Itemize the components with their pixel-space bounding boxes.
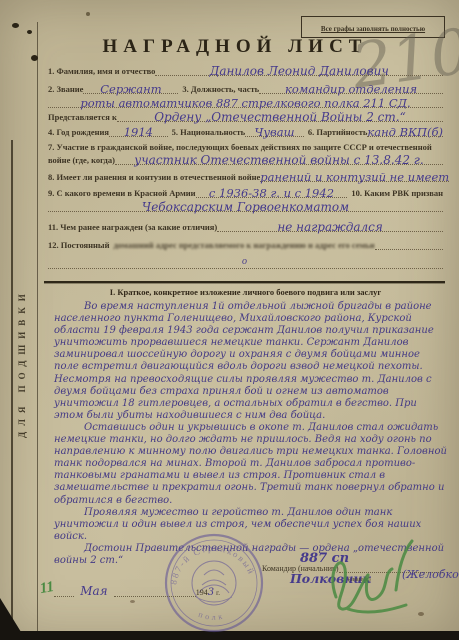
date-year-printed: 194 bbox=[196, 588, 208, 597]
feat-paragraph-2: Оставшись один и укрывшись в окопе т. Да… bbox=[54, 422, 447, 507]
rank-line: Сержант bbox=[83, 79, 178, 94]
stamp-text-top: 887-й Стрелковый bbox=[168, 543, 257, 585]
staple-hole bbox=[12, 23, 19, 28]
date-year-suffix: г. bbox=[216, 589, 220, 597]
party-line: канд ВКП(б) bbox=[367, 122, 443, 137]
birth-nationality-party-row: 4. Год рождения 1914 5. Национальность Ч… bbox=[48, 122, 443, 137]
rank-duty-row: 2. Звание Сержант 3. Должность, часть ко… bbox=[48, 79, 443, 94]
prior-awards-line: не награждался bbox=[217, 217, 443, 232]
date-month-value: Мая bbox=[74, 584, 113, 598]
home-address-row: 12. Постоянный домашний адрес представля… bbox=[48, 235, 443, 250]
home-address-label: 12. Постоянный bbox=[48, 240, 109, 250]
party-label: 6. Партийность bbox=[308, 127, 368, 137]
section1-header: I. Краткое, конкретное изложение личного… bbox=[48, 287, 443, 297]
prior-awards-row: 11. Чем ранее награжден (за какие отличи… bbox=[48, 217, 443, 232]
date-dot-line-2 bbox=[114, 582, 196, 597]
rvk-line: Чебоксарским Горвоенкоматом bbox=[48, 197, 443, 212]
army-since-line: с 1936-38 г. и с 1942 bbox=[196, 183, 348, 198]
birth-label: 4. Год рождения bbox=[48, 127, 109, 137]
wounds-value: ранений и контузий не имеет bbox=[260, 170, 449, 184]
name-label: 1. Фамилия, имя и отчество bbox=[48, 66, 155, 76]
birth-line: 1914 bbox=[109, 122, 168, 137]
war-participation-row-2: войне (где, когда) участник Отечественно… bbox=[48, 150, 443, 165]
duty-row-2: роты автоматчиков 887 стрелкового полка … bbox=[48, 93, 443, 108]
date-dot-line-1 bbox=[54, 582, 74, 597]
paper-stain bbox=[130, 600, 135, 603]
svg-text:887-й Стрелковый: 887-й Стрелковый bbox=[168, 543, 257, 585]
home-address-line bbox=[375, 235, 443, 250]
paper-stain bbox=[86, 12, 90, 16]
award-sheet-document: ДЛЯ ПОДШИВКИ Все графы заполнять полност… bbox=[0, 0, 459, 640]
duty-line: командир отделения bbox=[259, 79, 443, 94]
presented-row: Представляется к Ордену „Отечественной В… bbox=[48, 107, 443, 122]
wounds-line: ранений и контузий не имеет bbox=[260, 167, 449, 182]
fold-line-inner bbox=[37, 22, 38, 631]
war-participation-label-2: войне (где, когда) bbox=[48, 155, 115, 165]
feat-paragraph-1: Во время наступления 1й отдельной лыжной… bbox=[54, 301, 447, 422]
war-participation-line: участник Отечественной войны с 13.8.42 г… bbox=[115, 150, 443, 165]
date-year-digit: 3 bbox=[208, 587, 214, 598]
document-title: НАГРАДНОЙ ЛИСТ bbox=[60, 36, 410, 58]
nationality-label: 5. Национальность bbox=[172, 127, 245, 137]
home-address-label-redacted: домашний адрес представляемого к награжд… bbox=[113, 240, 374, 250]
rvk-value: Чебоксарским Горвоенкоматом bbox=[142, 200, 349, 214]
date-row: 11 Мая 194 3 г. bbox=[40, 580, 220, 597]
prior-awards-value: не награждался bbox=[277, 220, 383, 234]
section-divider bbox=[44, 281, 445, 283]
wounds-row: 8. Имеет ли ранения и контузии в отечест… bbox=[48, 167, 443, 182]
name-line: Данилов Леонид Данилович bbox=[155, 61, 443, 76]
date-day-value: 11 bbox=[39, 579, 56, 598]
army-since-row: 9. С какого времени в Красной Армии с 19… bbox=[48, 183, 443, 198]
nationality-line: Чуваш bbox=[245, 122, 304, 137]
presented-label: Представляется к bbox=[48, 112, 117, 122]
svg-text:полк: полк bbox=[197, 610, 226, 622]
duty-line-2: роты автоматчиков 887 стрелкового полка … bbox=[48, 93, 443, 108]
fold-line-outer bbox=[11, 140, 13, 631]
margin-binding-label: ДЛЯ ПОДШИВКИ bbox=[17, 228, 27, 438]
commander-autograph bbox=[318, 535, 428, 620]
stamp-text-bottom: полк bbox=[197, 610, 226, 622]
field-name-row: 1. Фамилия, имя и отчество Данилов Леони… bbox=[48, 61, 443, 76]
presented-line: Ордену „Отечественной Войны 2 ст.“ bbox=[117, 107, 443, 122]
stray-ink-mark: о bbox=[242, 256, 247, 267]
staple-hole bbox=[27, 30, 32, 34]
wounds-label: 8. Имеет ли ранения и контузии в отечест… bbox=[48, 172, 260, 182]
corner-tear bbox=[0, 598, 26, 640]
staple-hole bbox=[31, 55, 38, 61]
rvk-row: Чебоксарским Горвоенкоматом bbox=[48, 197, 443, 212]
name-value: Данилов Леонид Данилович bbox=[210, 64, 389, 78]
prior-awards-label: 11. Чем ранее награжден (за какие отличи… bbox=[48, 222, 217, 232]
war-participation-value: участник Отечественной войны с 13.8.42 г… bbox=[134, 153, 423, 167]
